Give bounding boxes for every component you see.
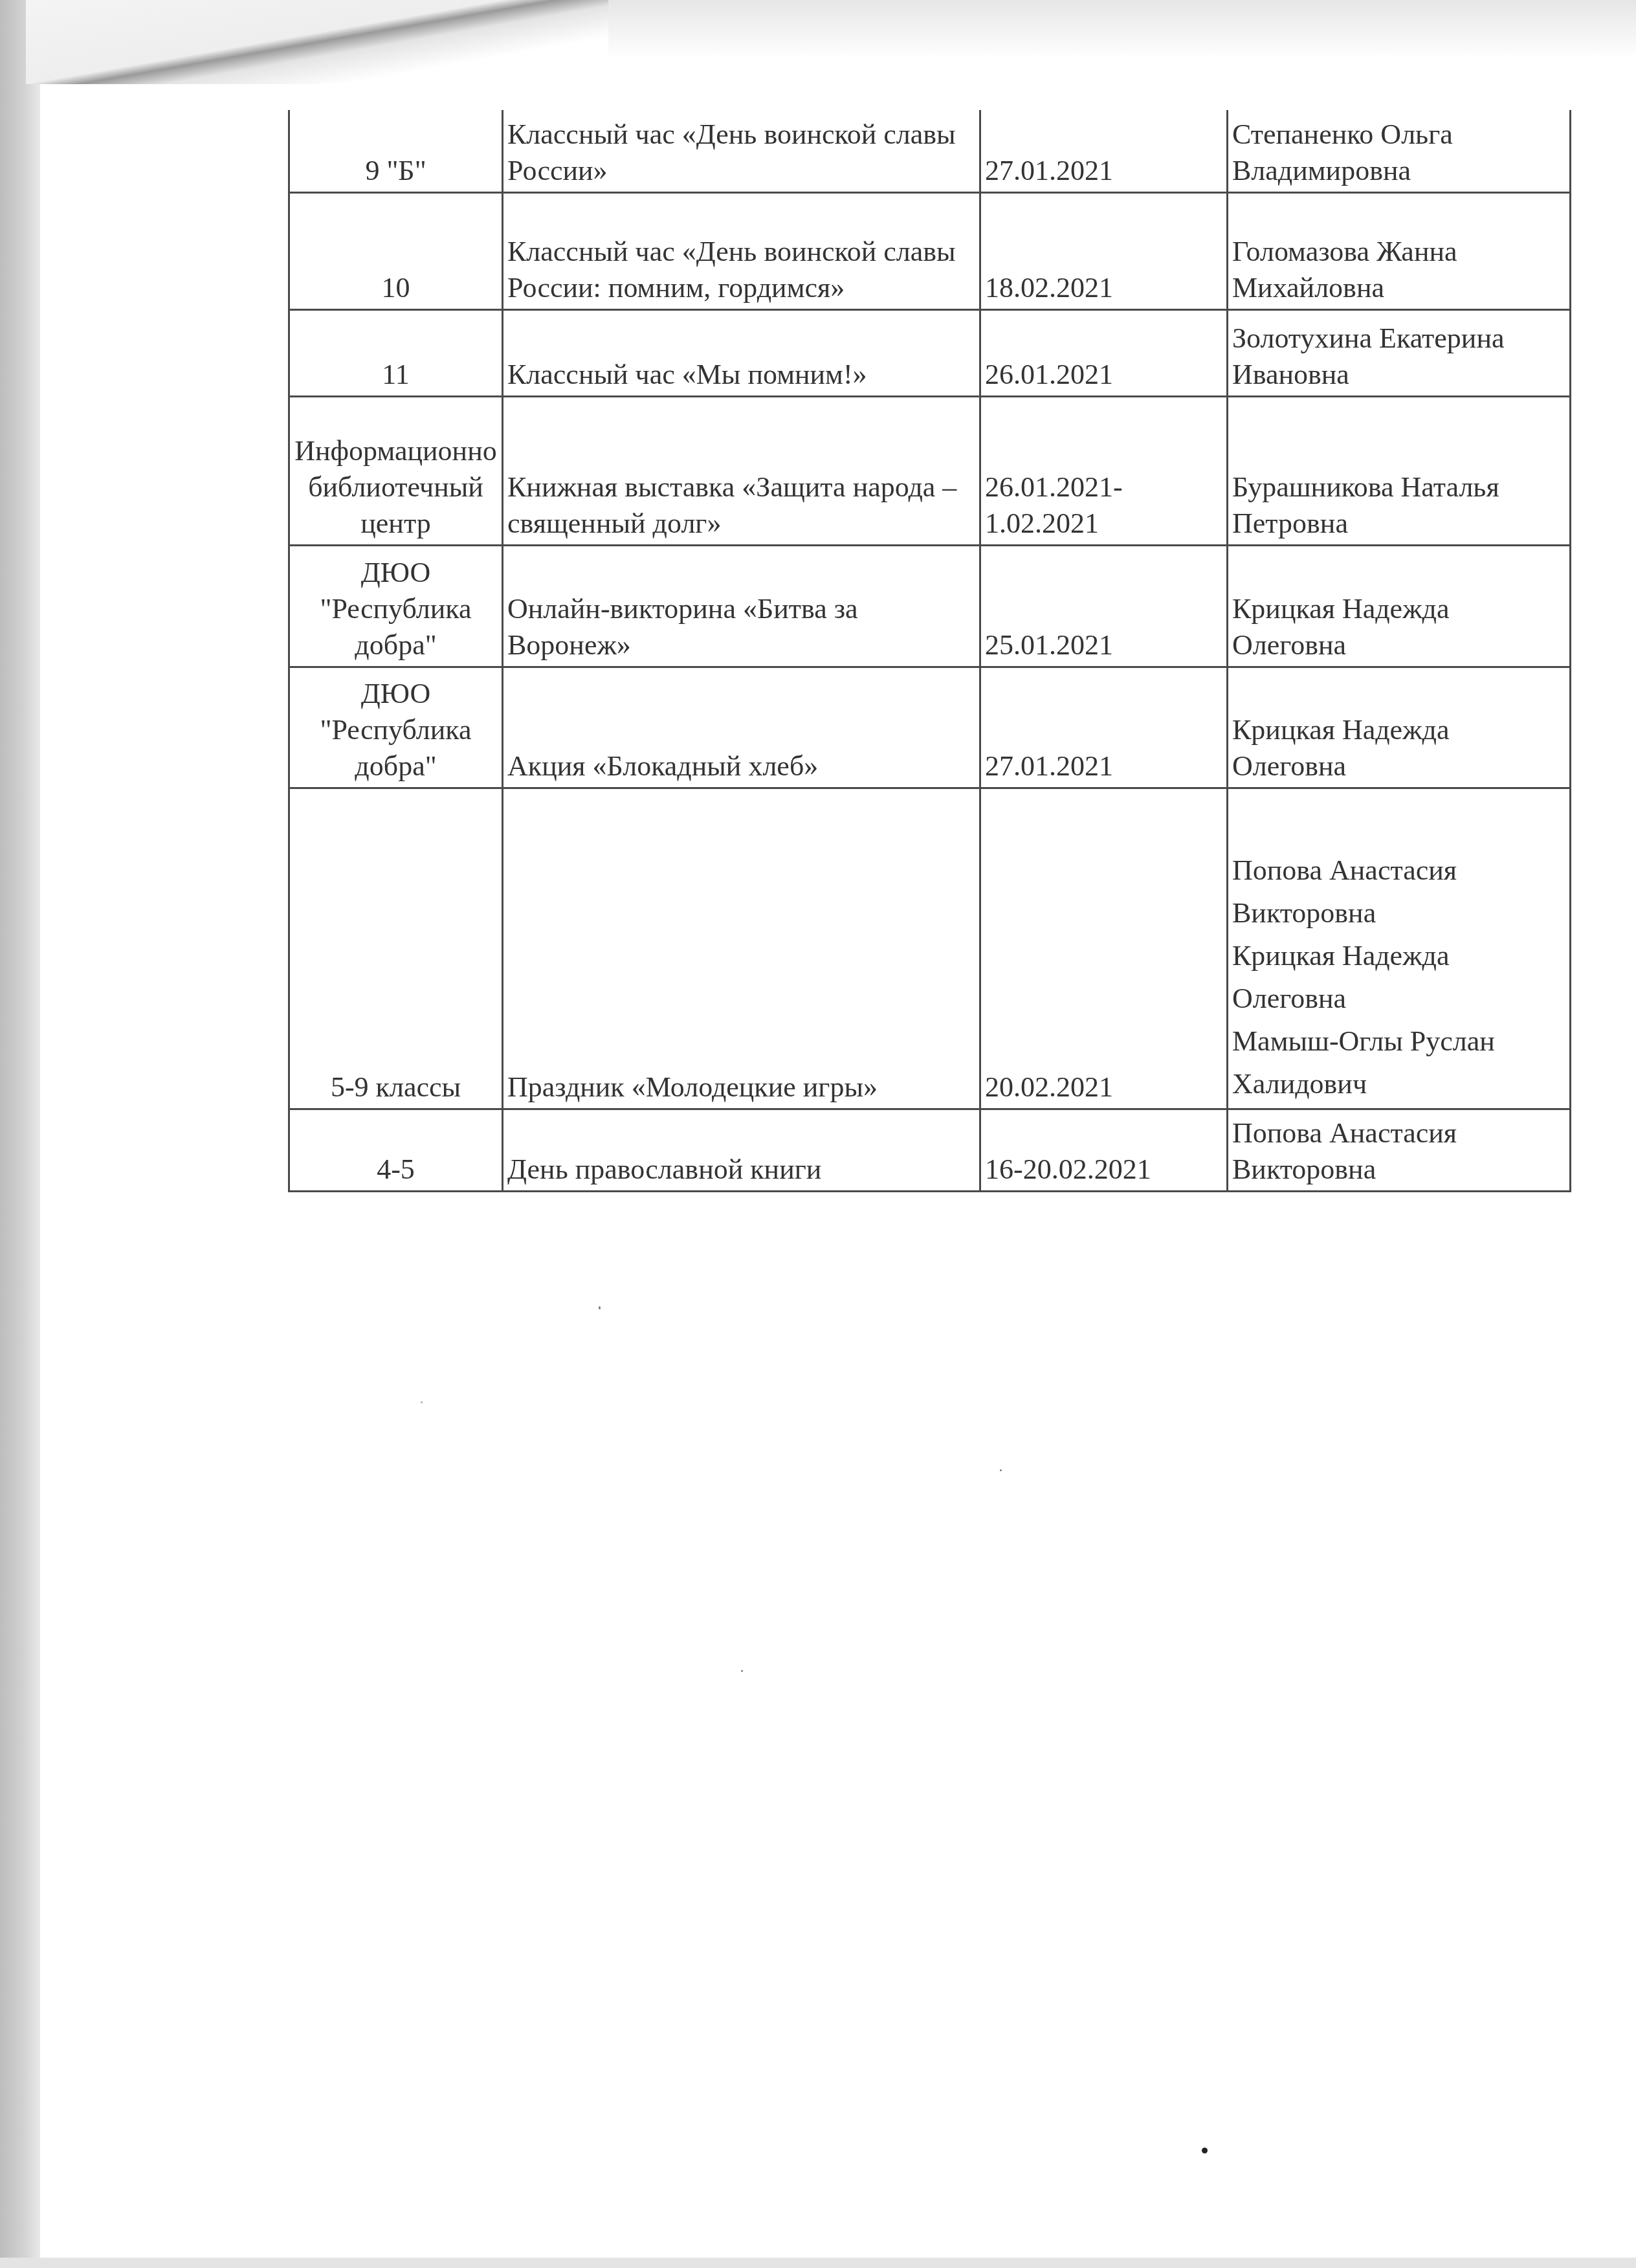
scan-page-fold [26,0,608,84]
cell-date: 27.01.2021 [980,667,1228,788]
cell-responsible: Голомазова Жанна Михайловна [1228,192,1571,309]
table-row: ДЮО "Республика добра" Акция «Блокадный … [289,667,1571,788]
scan-speck [1202,2148,1208,2153]
cell-event: Праздник «Молодецкие игры» [503,788,980,1109]
responsible-person: Степаненко Ольга Владимировна [1232,117,1565,189]
table-row: 11 Классный час «Мы помним!» 26.01.2021 … [289,309,1571,396]
cell-event: Классный час «День воинской славы России… [503,110,980,192]
scan-speck [741,1670,743,1672]
cell-date: 20.02.2021 [980,788,1228,1109]
responsible-person: Крицкая Надежда Олеговна [1232,935,1565,1020]
cell-responsible: Бурашникова Наталья Петровна [1228,396,1571,545]
events-table: 9 "Б" Классный час «День воинской славы … [288,110,1571,1192]
scan-speck [599,1306,601,1309]
cell-group: ДЮО "Республика добра" [289,667,503,788]
cell-responsible: Крицкая Надежда Олеговна [1228,667,1571,788]
cell-group: 4-5 [289,1109,503,1191]
cell-event: Акция «Блокадный хлеб» [503,667,980,788]
responsible-person: Золотухина Екатерина Ивановна [1232,320,1565,393]
cell-responsible: Попова Анастасия ВикторовнаКрицкая Надеж… [1228,788,1571,1109]
cell-group: 11 [289,309,503,396]
cell-event: Книжная выставка «Защита народа – священ… [503,396,980,545]
cell-date: 27.01.2021 [980,110,1228,192]
responsible-person: Попова Анастасия Викторовна [1232,849,1565,935]
responsible-person: Голомазова Жанна Михайловна [1232,234,1565,306]
responsible-person: Крицкая Надежда Олеговна [1232,591,1565,663]
scan-left-edge [0,0,40,2268]
responsible-person: Мамыш-Оглы Руслан Халидович [1232,1020,1565,1106]
table-row: Информационно библиотечный центр Книжная… [289,396,1571,545]
cell-responsible: Крицкая Надежда Олеговна [1228,545,1571,667]
events-table-body: 9 "Б" Классный час «День воинской славы … [289,110,1571,1191]
cell-responsible: Золотухина Екатерина Ивановна [1228,309,1571,396]
cell-date: 26.01.2021 [980,309,1228,396]
scan-speck [421,1401,423,1403]
responsible-person: Попова Анастасия Викторовна [1232,1115,1565,1188]
cell-group: 10 [289,192,503,309]
cell-date: 16-20.02.2021 [980,1109,1228,1191]
cell-event: Онлайн-викторина «Битва за Воронеж» [503,545,980,667]
cell-event: День православной книги [503,1109,980,1191]
cell-date: 25.01.2021 [980,545,1228,667]
table-row: 5-9 классы Праздник «Молодецкие игры» 20… [289,788,1571,1109]
cell-group: 9 "Б" [289,110,503,192]
cell-event: Классный час «Мы помним!» [503,309,980,396]
cell-event: Классный час «День воинской славы России… [503,192,980,309]
table-row: 10 Классный час «День воинской славы Рос… [289,192,1571,309]
cell-group: 5-9 классы [289,788,503,1109]
cell-responsible: Попова Анастасия Викторовна [1228,1109,1571,1191]
table-row: 4-5 День православной книги 16-20.02.202… [289,1109,1571,1191]
scan-bottom-edge [0,2258,1636,2268]
cell-date: 26.01.2021-1.02.2021 [980,396,1228,545]
table-row: 9 "Б" Классный час «День воинской славы … [289,110,1571,192]
responsible-person: Бурашникова Наталья Петровна [1232,469,1565,542]
cell-responsible: Степаненко Ольга Владимировна [1228,110,1571,192]
cell-group: Информационно библиотечный центр [289,396,503,545]
cell-date: 18.02.2021 [980,192,1228,309]
table-row: ДЮО "Республика добра" Онлайн-викторина … [289,545,1571,667]
responsible-person: Крицкая Надежда Олеговна [1232,712,1565,784]
cell-group: ДЮО "Республика добра" [289,545,503,667]
scan-speck [1000,1469,1002,1471]
